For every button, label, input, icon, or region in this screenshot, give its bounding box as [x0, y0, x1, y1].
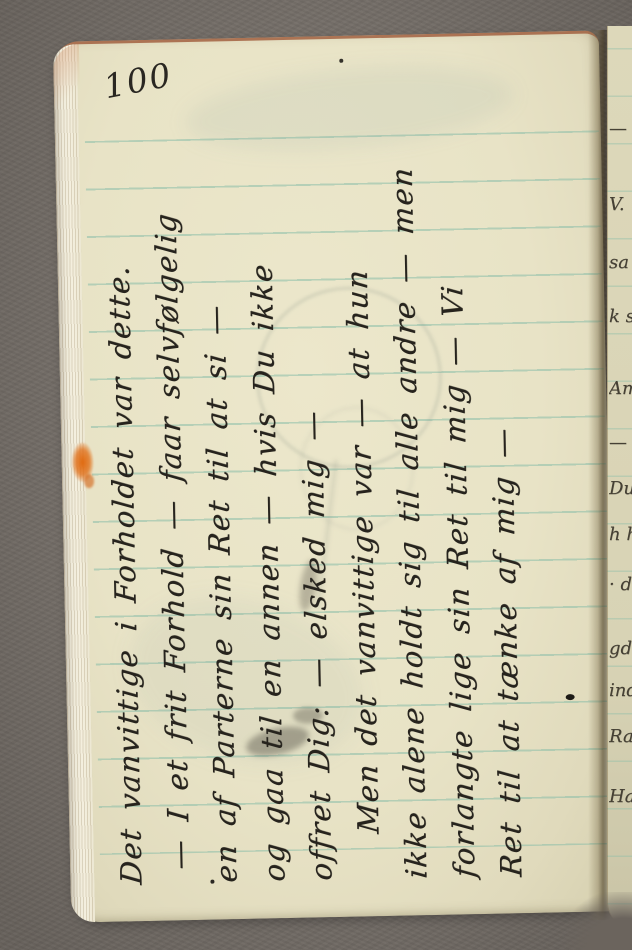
notebook-photo: 100 Det vanvittige i Forholdet var dette…	[0, 0, 632, 950]
facing-page-fragment: Am —	[609, 378, 632, 399]
handwriting-block: Det vanvittige i Forholdet var dette. — …	[93, 134, 540, 885]
facing-page-fragment: — C	[609, 118, 632, 139]
orange-ink-stain	[84, 474, 94, 488]
facing-page-fragment: ind	[609, 680, 632, 701]
background-shadow-wedge	[560, 892, 632, 950]
ink-speck	[339, 59, 343, 63]
facing-page-fragment: Du	[609, 478, 632, 499]
facing-page-fragment: gds	[609, 638, 632, 659]
facing-page-fragment: h h	[609, 524, 632, 545]
facing-page-fragment: V.	[609, 194, 632, 215]
facing-page-fragment: sa	[609, 252, 632, 273]
facing-page-fragment: — u	[609, 432, 632, 453]
page-corner-tint	[53, 44, 80, 115]
page-number: 100	[101, 55, 176, 107]
facing-page-fragment: · da	[609, 574, 632, 595]
facing-page-edge: — C V. sa k sa Am — — u Du h h · da gds …	[607, 26, 632, 928]
notebook-page: 100 Det vanvittige i Forholdet var dette…	[53, 30, 617, 922]
facing-page-fragment: k sa	[609, 306, 632, 327]
facing-page-fragment: Ra	[609, 726, 632, 747]
facing-page-fragment: Has	[609, 786, 632, 807]
